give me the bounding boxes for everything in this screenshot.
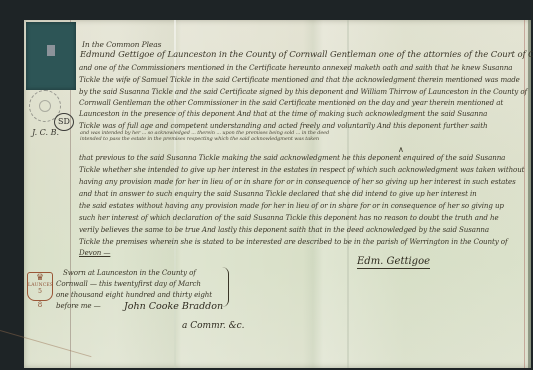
document-scan: SD J. C. B. In the Common Pleas Edmund G… [0, 0, 533, 370]
margin-rule [524, 20, 525, 368]
body-line: the said estates without having any prov… [79, 201, 504, 210]
body-line: and one of the Commissioners mentioned i… [79, 63, 512, 72]
revenue-stamp [26, 22, 76, 90]
commissioner-signature: John Cooke Braddon [124, 301, 223, 312]
jurat-line: one thousand eight hundred and thirty ei… [56, 290, 212, 299]
body-line: Tickle the wife of Samuel Tickle in the … [79, 75, 520, 84]
jurat-line: before me — [56, 301, 101, 310]
body-line: such her interest of which declaration o… [79, 213, 499, 222]
body-line: Tickle whether she intended to give up h… [79, 165, 524, 174]
body-line: and that in answer to such enquiry the s… [79, 189, 477, 198]
body-line: Tickle the premises wherein she is state… [79, 237, 508, 246]
duty-stamp-frame: ♛ LAUNCES 5 [27, 272, 53, 301]
body-line: that previous to the said Susanna Tickle… [79, 153, 505, 162]
duty-stamp-amount-bottom: 8 [27, 301, 53, 310]
deponent-signature: Edm. Gettigoe [357, 256, 430, 269]
interlinear-note: intended to pass the estate in the premi… [80, 136, 319, 142]
stamp-center-icon [39, 100, 51, 112]
jurat-line: Sworn at Launceston in the County of [63, 268, 196, 277]
body-line: verily believes the same to be true And … [79, 225, 489, 234]
document-heading: In the Common Pleas [82, 40, 161, 49]
body-line: having any provision made for her in lie… [79, 177, 516, 186]
body-line: Tickle was of full age and competent und… [79, 121, 487, 130]
crown-icon: ♛ [28, 274, 52, 283]
body-line: Cornwall Gentleman the other Commissione… [79, 98, 503, 107]
body-line: Launceston in the presence of this depon… [79, 109, 487, 118]
margin-initials: J. C. B. [32, 128, 59, 137]
body-line: Devon — [79, 248, 110, 257]
duty-stamp-amount-top: 5 [28, 289, 52, 295]
commissioner-title: a Commr. &c. [182, 321, 245, 331]
paper-edge [528, 20, 531, 368]
jurat-line: Cornwall — this twentyfirst day of March [56, 279, 201, 288]
duty-stamp: ♛ LAUNCES 5 8 [27, 272, 53, 310]
body-line: Edmund Gettigoe of Launceston in the Cou… [80, 51, 533, 60]
embossed-seal-icon [47, 45, 55, 56]
body-line: by the said Susanna Tickle and the said … [79, 87, 527, 96]
